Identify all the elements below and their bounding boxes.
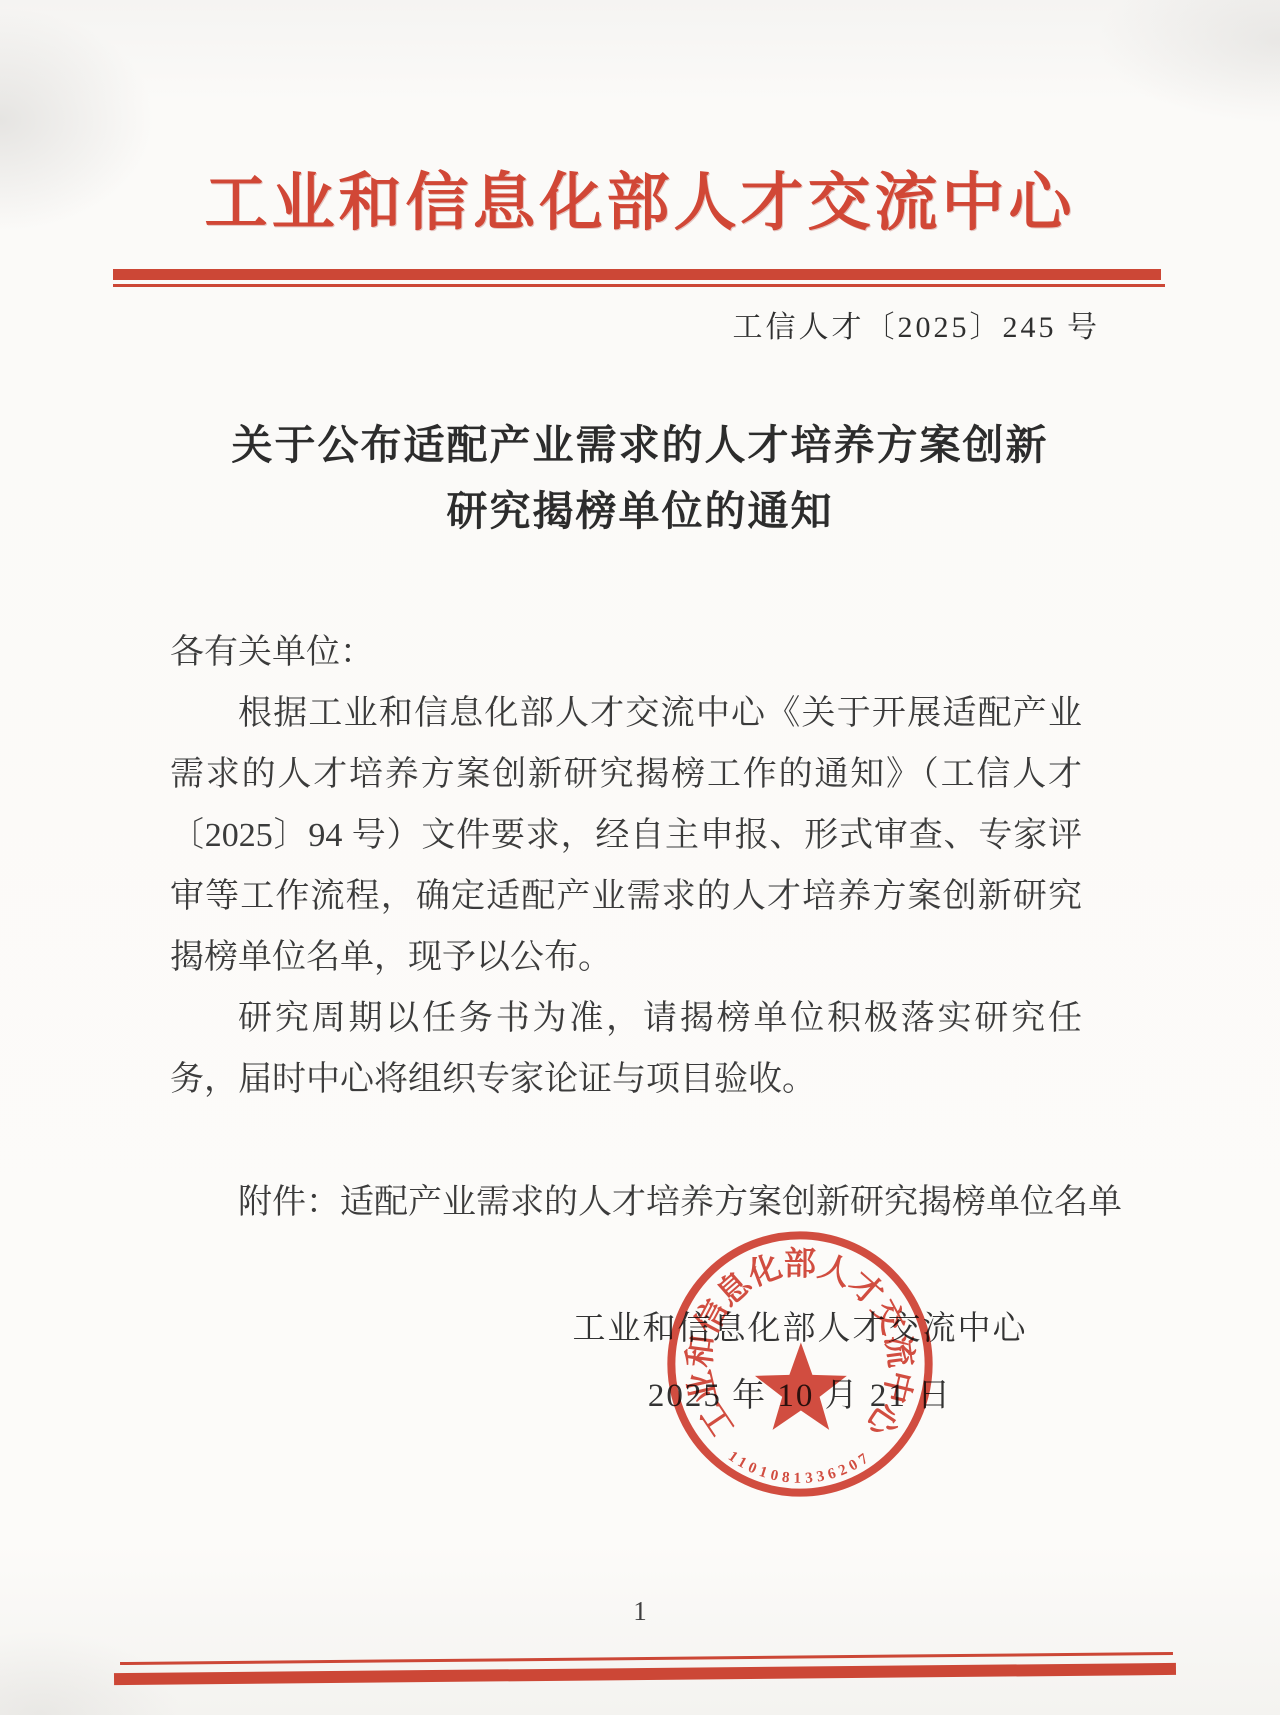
body-paragraph: 根据工业和信息化部人才交流中心《关于开展适配产业需求的人才培养方案创新研究揭榜工…	[170, 683, 1082, 988]
document-body: 各有关单位： 根据工业和信息化部人才交流中心《关于开展适配产业需求的人才培养方案…	[170, 622, 1082, 1233]
footer-rule-thin	[120, 1652, 1173, 1665]
document-title: 关于公布适配产业需求的人才培养方案创新 研究揭榜单位的通知	[0, 412, 1280, 544]
letterhead-rule-thin	[113, 284, 1165, 287]
document-page: 工业和信息化部人才交流中心 工信人才〔2025〕245 号 关于公布适配产业需求…	[0, 0, 1280, 1715]
document-number: 工信人才〔2025〕245 号	[733, 302, 1101, 346]
document-title-line1: 关于公布适配产业需求的人才培养方案创新	[0, 412, 1280, 478]
letterhead-org-title: 工业和信息化部人才交流中心	[0, 152, 1280, 243]
stamp-star-icon	[755, 1343, 847, 1430]
document-title-line2: 研究揭榜单位的通知	[0, 478, 1280, 544]
official-seal-stamp: 工业和信息化部人才交流中心 1101081336207	[666, 1230, 934, 1498]
page-number: 1	[0, 1596, 1280, 1627]
body-paragraph: 研究周期以任务书为准，请揭榜单位积极落实研究任务，届时中心将组织专家论证与项目验…	[170, 988, 1082, 1110]
attachment-line: 附件：适配产业需求的人才培养方案创新研究揭榜单位名单	[170, 1172, 1082, 1233]
letterhead-rule-thick	[113, 269, 1161, 280]
footer-rule-thick	[114, 1663, 1176, 1685]
salutation: 各有关单位：	[170, 622, 1082, 683]
